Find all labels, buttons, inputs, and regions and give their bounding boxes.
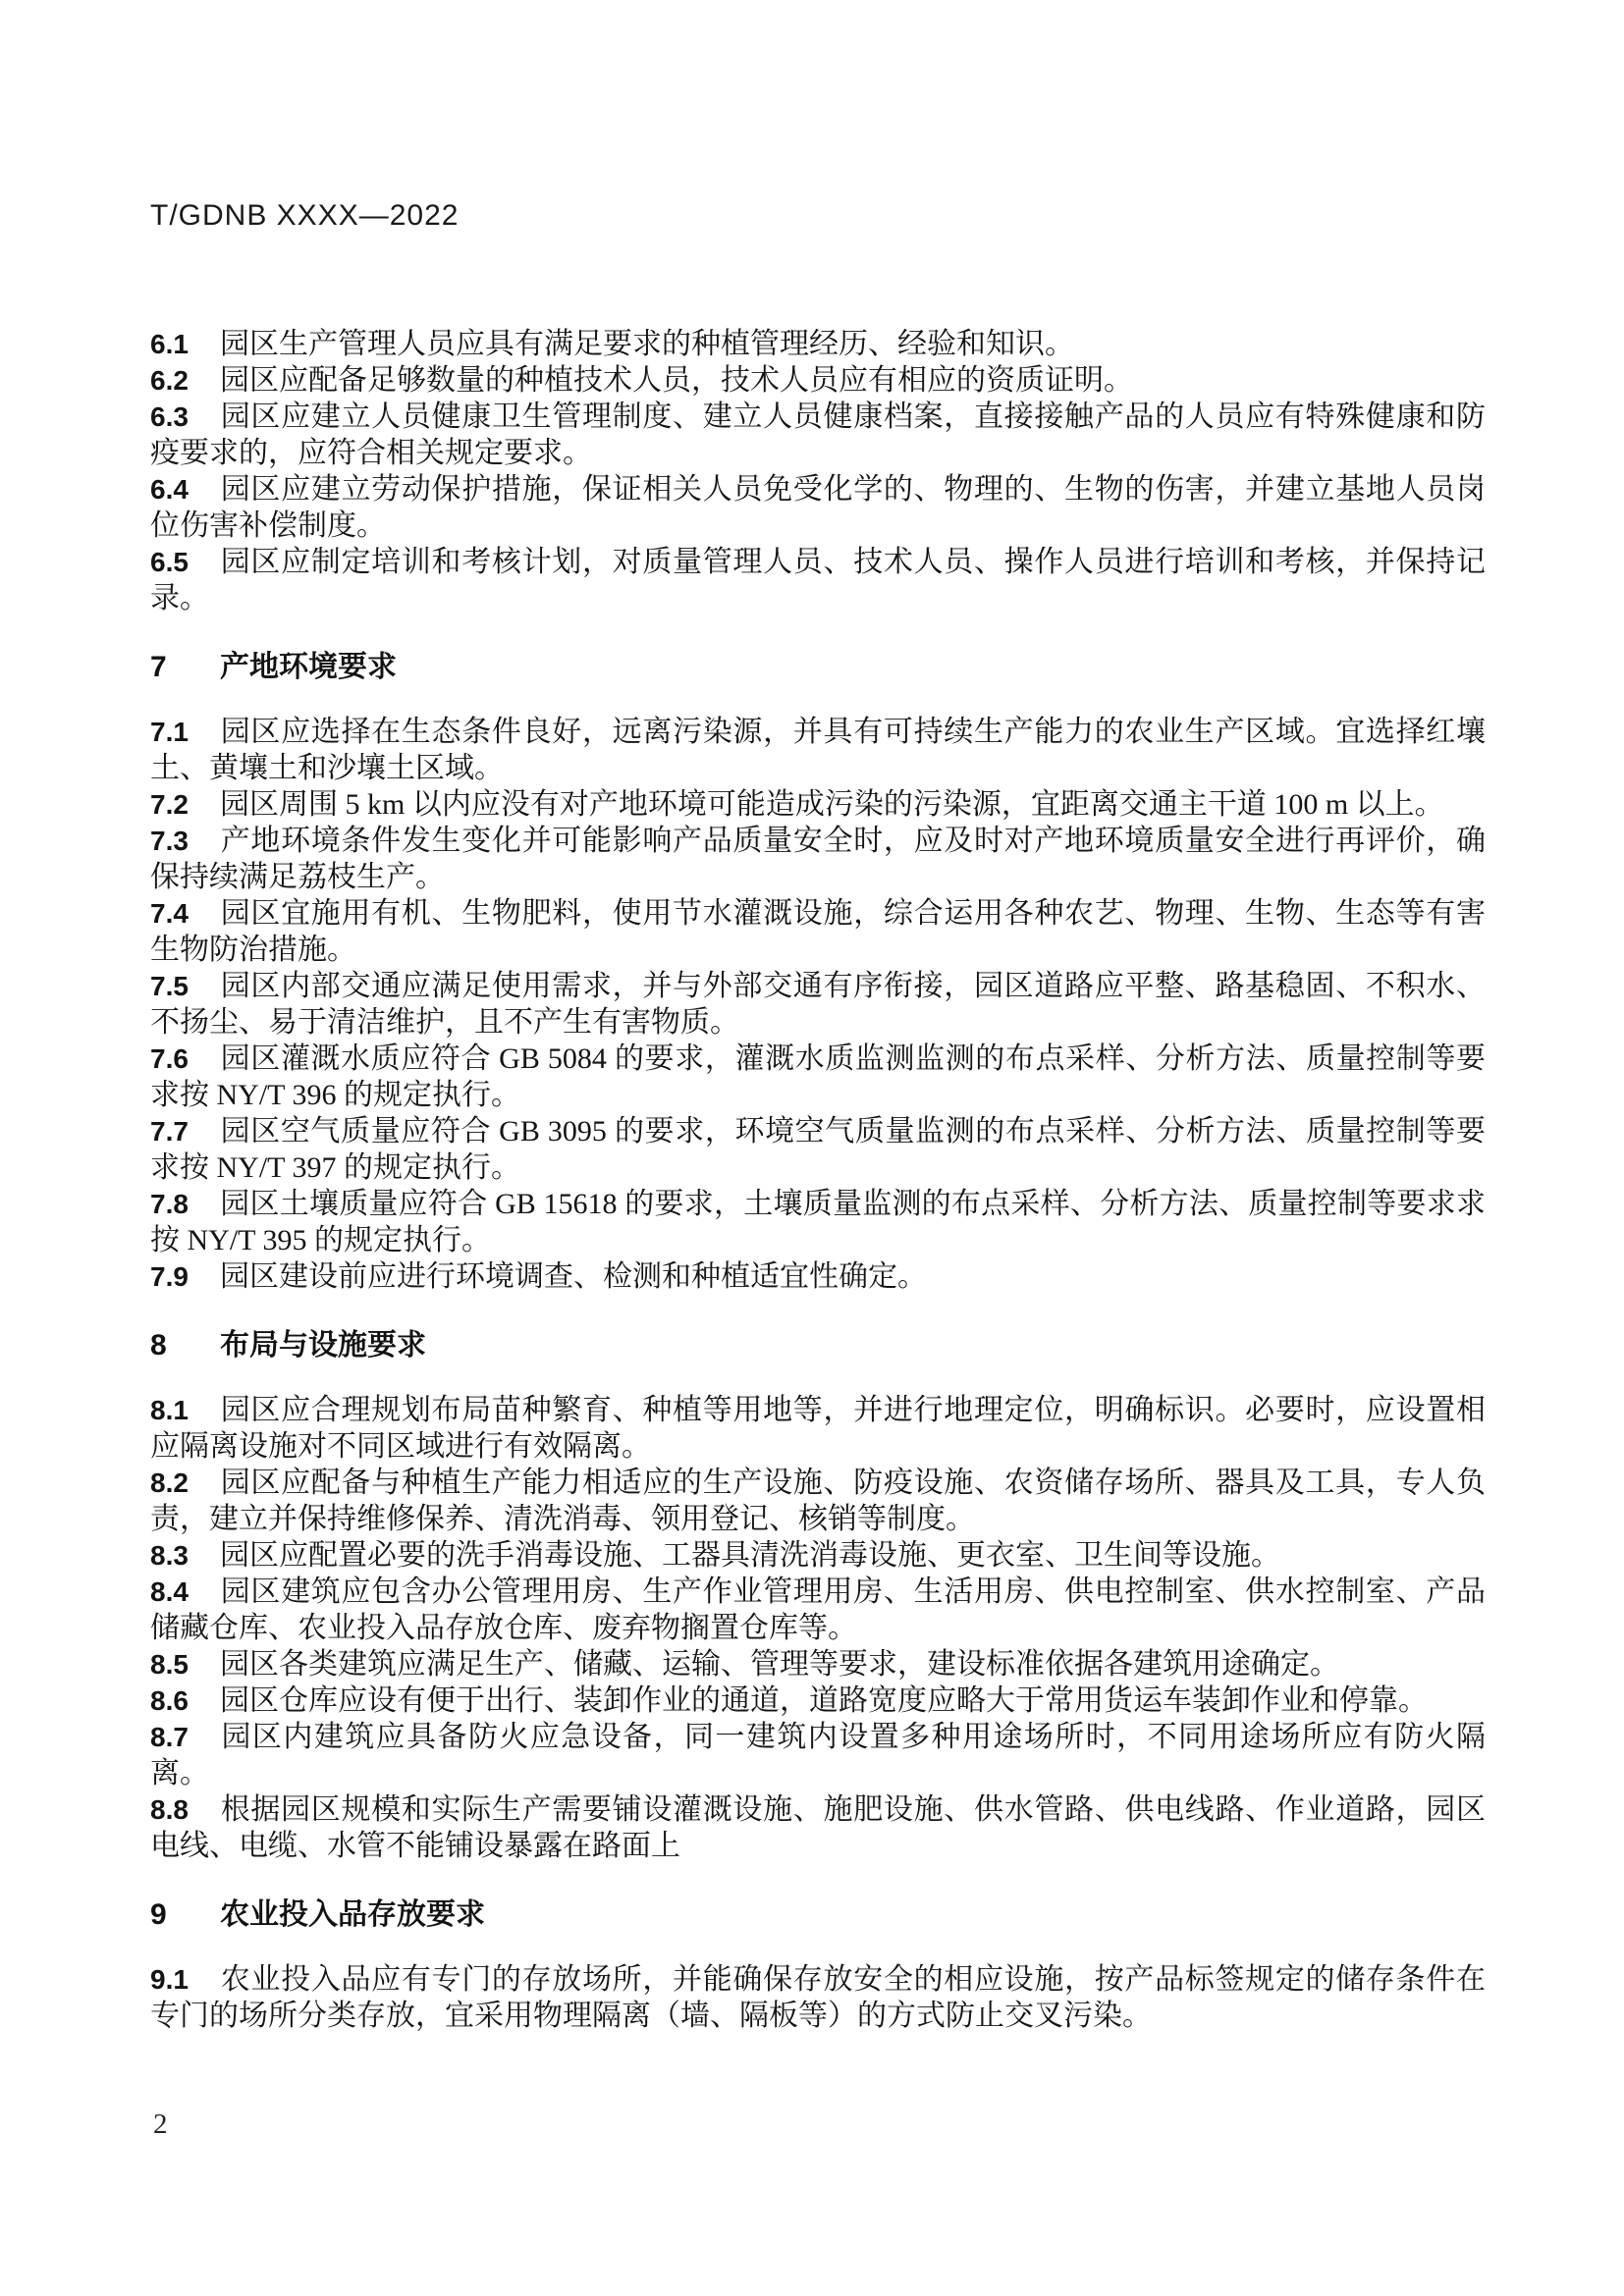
clause: 8.4园区建筑应包含办公管理用房、生产作业管理用房、生活用房、供电控制室、供水控… [150, 1574, 1486, 1646]
clause-number: 8.1 [150, 1392, 220, 1428]
clause-text: 园区应合理规划布局苗种繁育、种植等用地等，并进行地理定位，明确标识。必要时，应设… [150, 1394, 1486, 1463]
clause-number: 6.1 [150, 326, 220, 362]
document-header: T/GDNB XXXX—2022 [150, 199, 459, 233]
clause-number: 9.1 [150, 1961, 220, 1998]
clause-text: 园区灌溉水质应符合 GB 5084 的要求，灌溉水质监测监测的布点采样、分析方法… [150, 1042, 1486, 1111]
clause-number: 6.5 [150, 544, 220, 580]
clause: 6.5园区应制定培训和考核计划，对质量管理人员、技术人员、操作人员进行培训和考核… [150, 544, 1486, 616]
clause-text: 园区应建立劳动保护措施，保证相关人员免受化学的、物理的、生物的伤害，并建立基地人… [150, 473, 1486, 542]
clause: 7.3产地环境条件发生变化并可能影响产品质量安全时，应及时对产地环境质量安全进行… [150, 823, 1486, 895]
clause-text: 园区仓库应设有便于出行、装卸作业的通道，道路宽度应略大于常用货运车装卸作业和停靠… [220, 1684, 1428, 1717]
clause: 7.6园区灌溉水质应符合 GB 5084 的要求，灌溉水质监测监测的布点采样、分… [150, 1041, 1486, 1113]
clause: 8.1园区应合理规划布局苗种繁育、种植等用地等，并进行地理定位，明确标识。必要时… [150, 1392, 1486, 1465]
clause: 6.2园区应配备足够数量的种植技术人员，技术人员应有相应的资质证明。 [150, 362, 1486, 399]
section-title: 农业投入品存放要求 [220, 1898, 485, 1931]
clause-text: 根据园区规模和实际生产需要铺设灌溉设施、施肥设施、供水管路、供电线路、作业道路，… [150, 1793, 1486, 1862]
clause-number: 8.3 [150, 1537, 220, 1574]
section-heading: 9农业投入品存放要求 [150, 1896, 1486, 1933]
clause: 6.3园区应建立人员健康卫生管理制度、建立人员健康档案，直接接触产品的人员应有特… [150, 399, 1486, 471]
clause-text: 园区内部交通应满足使用需求，并与外部交通有序衔接，园区道路应平整、路基稳固、不积… [150, 970, 1486, 1039]
clause-number: 8.5 [150, 1646, 220, 1682]
clause-text: 园区建设前应进行环境调查、检测和种植适宜性确定。 [220, 1260, 927, 1293]
clause-text: 农业投入品应有专门的存放场所，并能确保存放安全的相应设施，按产品标签规定的储存条… [150, 1963, 1486, 2032]
clause-text: 园区内建筑应具备防火应急设备，同一建筑内设置多种用途场所时，不同用途场所应有防火… [150, 1721, 1486, 1789]
clause-number: 8.2 [150, 1465, 220, 1501]
clause-number: 6.3 [150, 399, 220, 435]
clause-text: 园区应制定培训和考核计划，对质量管理人员、技术人员、操作人员进行培训和考核，并保… [150, 546, 1486, 614]
clause: 7.8园区土壤质量应符合 GB 15618 的要求，土壤质量监测的布点采样、分析… [150, 1186, 1486, 1258]
clause-number: 7.9 [150, 1258, 220, 1295]
clause: 8.3园区应配置必要的洗手消毒设施、工器具清洗消毒设施、更衣室、卫生间等设施。 [150, 1537, 1486, 1574]
clause-text: 园区空气质量应符合 GB 3095 的要求，环境空气质量监测的布点采样、分析方法… [150, 1115, 1486, 1184]
section-number: 7 [150, 649, 220, 685]
section-title: 产地环境要求 [220, 651, 397, 683]
section-title: 布局与设施要求 [220, 1329, 426, 1362]
clause: 6.4园区应建立劳动保护措施，保证相关人员免受化学的、物理的、生物的伤害，并建立… [150, 471, 1486, 544]
clause: 8.8根据园区规模和实际生产需要铺设灌溉设施、施肥设施、供水管路、供电线路、作业… [150, 1791, 1486, 1864]
section-number: 9 [150, 1896, 220, 1933]
clause: 8.2园区应配备与种植生产能力相适应的生产设施、防疫设施、农资储存场所、器具及工… [150, 1465, 1486, 1537]
clause-number: 8.4 [150, 1574, 220, 1610]
clause: 7.2园区周围 5 km 以内应没有对产地环境可能造成污染的污染源，宜距离交通主… [150, 786, 1486, 823]
document-body: 6.1园区生产管理人员应具有满足要求的种植管理经历、经验和知识。6.2园区应配备… [150, 326, 1486, 2034]
clause-text: 园区生产管理人员应具有满足要求的种植管理经历、经验和知识。 [220, 328, 1074, 360]
clause-text: 园区土壤质量应符合 GB 15618 的要求，土壤质量监测的布点采样、分析方法、… [150, 1188, 1486, 1256]
clause: 8.5园区各类建筑应满足生产、储藏、运输、管理等要求，建设标准依据各建筑用途确定… [150, 1646, 1486, 1682]
clause: 7.9园区建设前应进行环境调查、检测和种植适宜性确定。 [150, 1258, 1486, 1295]
clause: 8.6园区仓库应设有便于出行、装卸作业的通道，道路宽度应略大于常用货运车装卸作业… [150, 1682, 1486, 1719]
clause-number: 7.7 [150, 1113, 220, 1149]
clause-text: 园区应建立人员健康卫生管理制度、建立人员健康档案，直接接触产品的人员应有特殊健康… [150, 400, 1486, 469]
clause-text: 产地环境条件发生变化并可能影响产品质量安全时，应及时对产地环境质量安全进行再评价… [150, 825, 1486, 893]
clause: 7.5园区内部交通应满足使用需求，并与外部交通有序衔接，园区道路应平整、路基稳固… [150, 968, 1486, 1041]
clause: 7.4园区宜施用有机、生物肥料，使用节水灌溉设施，综合运用各种农艺、物理、生物、… [150, 895, 1486, 968]
clause-text: 园区各类建筑应满足生产、储藏、运输、管理等要求，建设标准依据各建筑用途确定。 [220, 1648, 1339, 1681]
clause-text: 园区建筑应包含办公管理用房、生产作业管理用房、生活用房、供电控制室、供水控制室、… [150, 1575, 1486, 1644]
section-heading: 7产地环境要求 [150, 649, 1486, 685]
clause-number: 8.7 [150, 1719, 220, 1755]
clause-number: 7.4 [150, 895, 220, 932]
clause-text: 园区周围 5 km 以内应没有对产地环境可能造成污染的污染源，宜距离交通主干道 … [220, 788, 1444, 821]
clause-number: 8.6 [150, 1682, 220, 1719]
clause: 8.7园区内建筑应具备防火应急设备，同一建筑内设置多种用途场所时，不同用途场所应… [150, 1719, 1486, 1791]
clause-number: 6.4 [150, 471, 220, 507]
clause-number: 7.1 [150, 714, 220, 750]
clause-number: 8.8 [150, 1791, 220, 1828]
page-number: 2 [153, 2109, 168, 2141]
clause-text: 园区应配备与种植生产能力相适应的生产设施、防疫设施、农资储存场所、器具及工具，专… [150, 1467, 1486, 1535]
section-number: 8 [150, 1327, 220, 1363]
clause-number: 7.2 [150, 786, 220, 823]
clause-number: 7.5 [150, 968, 220, 1004]
document-page: T/GDNB XXXX—2022 6.1园区生产管理人员应具有满足要求的种植管理… [0, 0, 1624, 2296]
section-heading: 8布局与设施要求 [150, 1327, 1486, 1363]
clause-text: 园区应配备足够数量的种植技术人员，技术人员应有相应的资质证明。 [220, 364, 1133, 397]
clause-text: 园区应选择在生态条件良好，远离污染源，并具有可持续生产能力的农业生产区域。宜选择… [150, 716, 1486, 784]
clause-text: 园区宜施用有机、生物肥料，使用节水灌溉设施，综合运用各种农艺、物理、生物、生态等… [150, 897, 1486, 966]
clause: 7.7园区空气质量应符合 GB 3095 的要求，环境空气质量监测的布点采样、分… [150, 1113, 1486, 1186]
clause-number: 7.6 [150, 1041, 220, 1077]
clause: 6.1园区生产管理人员应具有满足要求的种植管理经历、经验和知识。 [150, 326, 1486, 362]
clause-number: 6.2 [150, 362, 220, 399]
clause-number: 7.3 [150, 823, 220, 859]
clause: 9.1农业投入品应有专门的存放场所，并能确保存放安全的相应设施，按产品标签规定的… [150, 1961, 1486, 2034]
clause-text: 园区应配置必要的洗手消毒设施、工器具清洗消毒设施、更衣室、卫生间等设施。 [220, 1539, 1280, 1572]
clause-number: 7.8 [150, 1186, 220, 1222]
clause: 7.1园区应选择在生态条件良好，远离污染源，并具有可持续生产能力的农业生产区域。… [150, 714, 1486, 786]
